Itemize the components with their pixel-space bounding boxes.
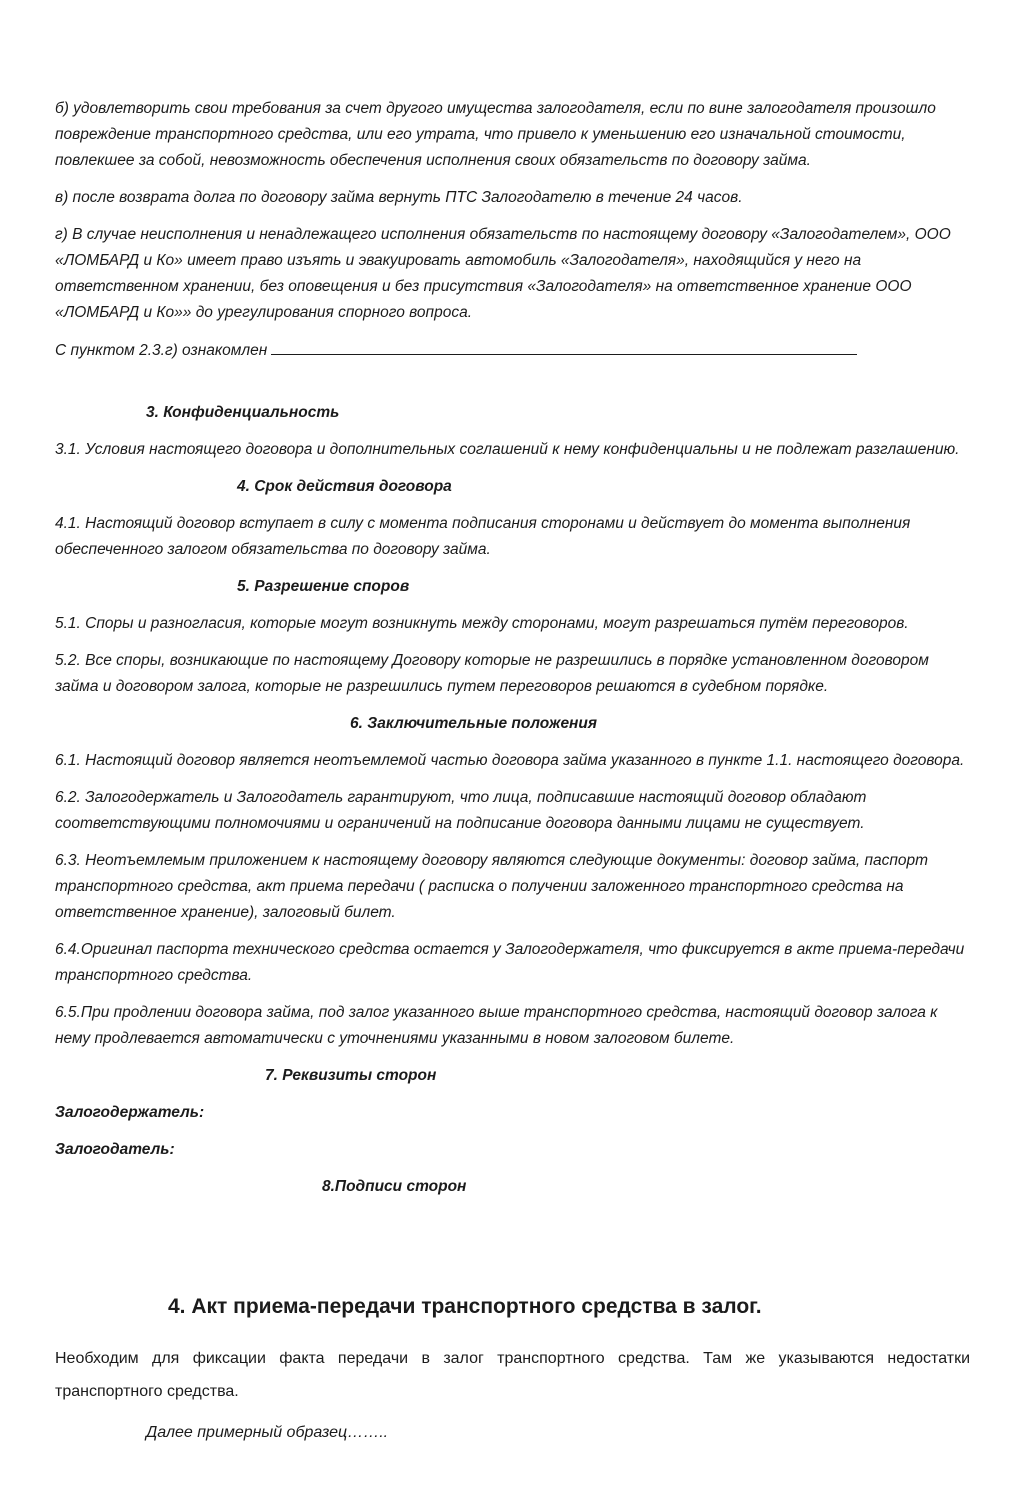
clause-5-1: 5.1. Споры и разногласия, которые могут …	[55, 611, 970, 637]
act-section-title: 4. Акт приема-передачи транспортного сре…	[168, 1292, 970, 1322]
signature-blank-line	[271, 337, 857, 355]
act-section-note: Далее примерный образец……..	[146, 1420, 970, 1446]
clause-5-2: 5.2. Все споры, возникающие по настоящем…	[55, 648, 970, 700]
section-3-heading: 3. Конфиденциальность	[146, 400, 970, 426]
clause-v: в) после возврата долга по договору займ…	[55, 185, 970, 211]
clause-b: б) удовлетворить свои требования за счет…	[55, 96, 970, 174]
clause-3-1: 3.1. Условия настоящего договора и допол…	[55, 437, 970, 463]
section-4-heading: 4. Срок действия договора	[237, 474, 970, 500]
clause-4-1: 4.1. Настоящий договор вступает в силу с…	[55, 511, 970, 563]
pledgee-label: Залогодержатель:	[55, 1100, 970, 1126]
clause-6-2: 6.2. Залогодержатель и Залогодатель гара…	[55, 785, 970, 837]
section-8-heading: 8.Подписи сторон	[322, 1174, 970, 1200]
contract-page: б) удовлетворить свои требования за счет…	[0, 0, 1024, 1486]
section-5-heading: 5. Разрешение споров	[237, 574, 970, 600]
clause-6-1: 6.1. Настоящий договор является неотъемл…	[55, 748, 970, 774]
clause-6-5: 6.5.При продлении договора займа, под за…	[55, 1000, 970, 1052]
section-7-heading: 7. Реквизиты сторон	[265, 1063, 970, 1089]
clause-6-4: 6.4.Оригинал паспорта технического средс…	[55, 937, 970, 989]
acknowledgment-label: С пунктом 2.3.г) ознакомлен	[55, 342, 267, 359]
pledgor-label: Залогодатель:	[55, 1137, 970, 1163]
clause-g: г) В случае неисполнения и ненадлежащего…	[55, 222, 970, 326]
clause-6-3: 6.3. Неотъемлемым приложением к настояще…	[55, 848, 970, 926]
act-section-description: Необходим для фиксации факта передачи в …	[55, 1342, 970, 1408]
section-6-heading: 6. Заключительные положения	[350, 711, 970, 737]
acknowledgment-row: С пунктом 2.3.г) ознакомлен	[55, 337, 970, 364]
